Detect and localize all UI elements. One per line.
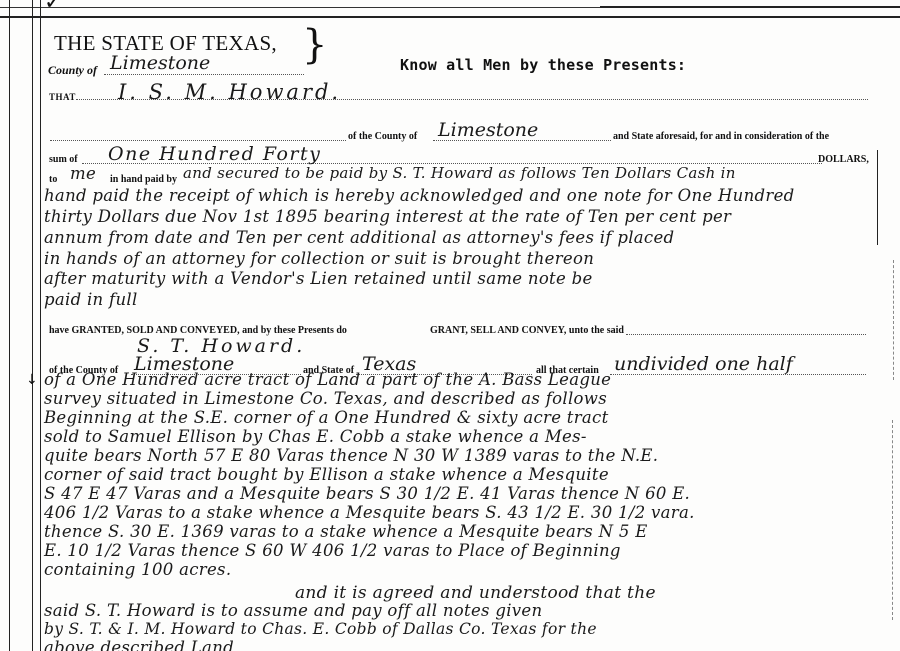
grantor-name[interactable]: I. S. M. Howard. [118,80,341,104]
grant-sell-convey-text: GRANT, SELL AND CONVEY, unto the said [430,325,624,336]
dollars-label: DOLLARS, [818,154,869,165]
to-value[interactable]: me [70,164,96,183]
right-edge-mark [893,260,894,380]
right-edge-mark-lower [892,420,893,620]
county-label: County of [48,63,97,78]
to-label: to [49,174,57,185]
margin-arrow-icon: ↓ [26,372,38,388]
top-rule-double [0,16,900,18]
consideration-line-5[interactable]: after maturity with a Vendor's Lien reta… [44,269,593,288]
right-text-margin [877,150,878,245]
state-aforesaid-text: and State aforesaid, for and in consider… [613,131,829,142]
consideration-line-2[interactable]: thirty Dollars due Nov 1st 1895 bearing … [44,207,731,226]
deed-page: ✓ THE STATE OF TEXAS, } County of Limest… [0,0,900,651]
county-line [104,74,304,75]
margin-line-outer [9,0,10,651]
description-line-1[interactable]: survey situated in Limestone Co. Texas, … [44,389,607,408]
agreement-line-3[interactable]: above described Land [44,638,234,651]
paid-label: in hand paid by [110,174,177,185]
certain-value[interactable]: undivided one half [614,353,793,375]
description-line-7[interactable]: 406 1/2 Varas to a stake whence a Mesqui… [44,503,695,522]
check-mark-icon: ✓ [44,0,62,15]
description-line-8[interactable]: thence S. 30 E. 1369 varas to a stake wh… [44,522,648,541]
top-strip [600,0,900,8]
description-line-3[interactable]: sold to Samuel Ellison by Chas E. Cobb a… [44,427,587,446]
description-line-2[interactable]: Beginning at the S.E. corner of a One Hu… [44,408,609,427]
description-line-4[interactable]: quite bears North 57 E 80 Varas thence N… [44,446,658,465]
margin-line-middle [32,0,33,651]
agreement-line-0[interactable]: and it is agreed and understood that the [295,583,656,603]
consideration-line-4[interactable]: in hands of an attorney for collection o… [44,249,594,268]
know-all-men-heading: Know all Men by these Presents: [400,56,686,74]
agreement-line-2[interactable]: by S. T. & I. M. Howard to Chas. E. Cobb… [44,620,597,638]
consideration-line-6[interactable]: paid in full [44,290,138,309]
consideration-line-3[interactable]: annum from date and Ten per cent additio… [44,228,674,247]
of-county-label: of the County of [348,131,417,142]
brace: } [302,22,327,68]
description-line-10[interactable]: containing 100 acres. [44,560,231,579]
agreement-line-1[interactable]: said S. T. Howard is to assume and pay o… [44,601,542,620]
description-line-5[interactable]: corner of said tract bought by Ellison a… [44,465,609,484]
blank-line [50,140,346,141]
that-label: THAT [49,92,76,102]
description-line-0[interactable]: of a One Hundred acre tract of Land a pa… [44,370,611,389]
description-line-6[interactable]: S 47 E 47 Varas and a Mesquite bears S 3… [44,484,690,503]
description-line-9[interactable]: E. 10 1/2 Varas thence S 60 W 406 1/2 va… [44,541,621,560]
of-county-value[interactable]: Limestone [438,119,538,141]
grantee-line [626,334,866,335]
county-value[interactable]: Limestone [110,52,210,74]
consideration-line-0[interactable]: and secured to be paid by S. T. Howard a… [183,164,736,182]
margin-line-inner [40,0,41,651]
sum-value[interactable]: One Hundred Forty [108,143,321,165]
consideration-line-1[interactable]: hand paid the receipt of which is hereby… [44,186,795,205]
